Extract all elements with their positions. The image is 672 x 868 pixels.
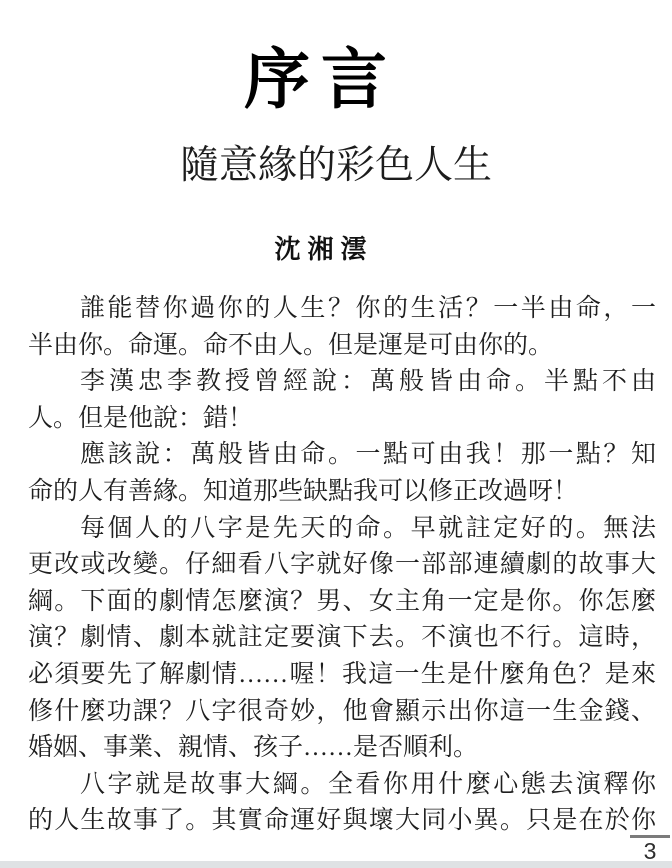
page-subtitle: 隨意緣的彩色人生 [0, 134, 672, 190]
body-line: 演？劇情、劇本就註定要演下去。不演也不行。這時， [28, 620, 656, 657]
body-line: 半由你。命運。命不由人。但是運是可由你的。 [28, 328, 656, 365]
author-name: 沈湘澐 [0, 229, 648, 266]
body-line: 修什麼功課？八字很奇妙，他會顯示出你這一生金錢、 [28, 694, 656, 731]
body-line: 八字就是故事大綱。全看你用什麼心態去演釋你 [28, 767, 656, 804]
body-text: 誰能替你過你的人生？你的生活？一半由命，一半由你。命運。命不由人。但是運是可由你… [28, 291, 656, 840]
body-line: 誰能替你過你的人生？你的生活？一半由命，一 [28, 291, 656, 328]
body-line: 人。但是他說：錯！ [28, 401, 656, 438]
body-line: 更改或改變。仔細看八字就好像一部部連續劇的故事大 [28, 547, 656, 584]
body-line: 每個人的八字是先天的命。早就註定好的。無法 [28, 511, 656, 548]
bottom-bar [0, 861, 672, 868]
body-line: 綱。下面的劇情怎麼演？男、女主角一定是你。你怎麼 [28, 584, 656, 621]
body-line: 應該說：萬般皆由命。一點可由我！那一點？知 [28, 437, 656, 474]
body-line: 命的人有善緣。知道那些缺點我可以修正改過呀！ [28, 474, 656, 511]
book-page: 序言 隨意緣的彩色人生 沈湘澐 誰能替你過你的人生？你的生活？一半由命，一半由你… [0, 0, 672, 868]
body-line: 婚姻、事業、親情、孩子……是否順利。 [28, 730, 656, 767]
body-line: 必須要先了解劇情……喔！我這一生是什麼角色？是來 [28, 657, 656, 694]
body-line: 的人生故事了。其實命運好與壞大同小異。只是在於你 [28, 803, 656, 840]
body-line: 李漢忠李教授曾經說：萬般皆由命。半點不由 [28, 364, 656, 401]
page-title: 序言 [0, 26, 642, 121]
